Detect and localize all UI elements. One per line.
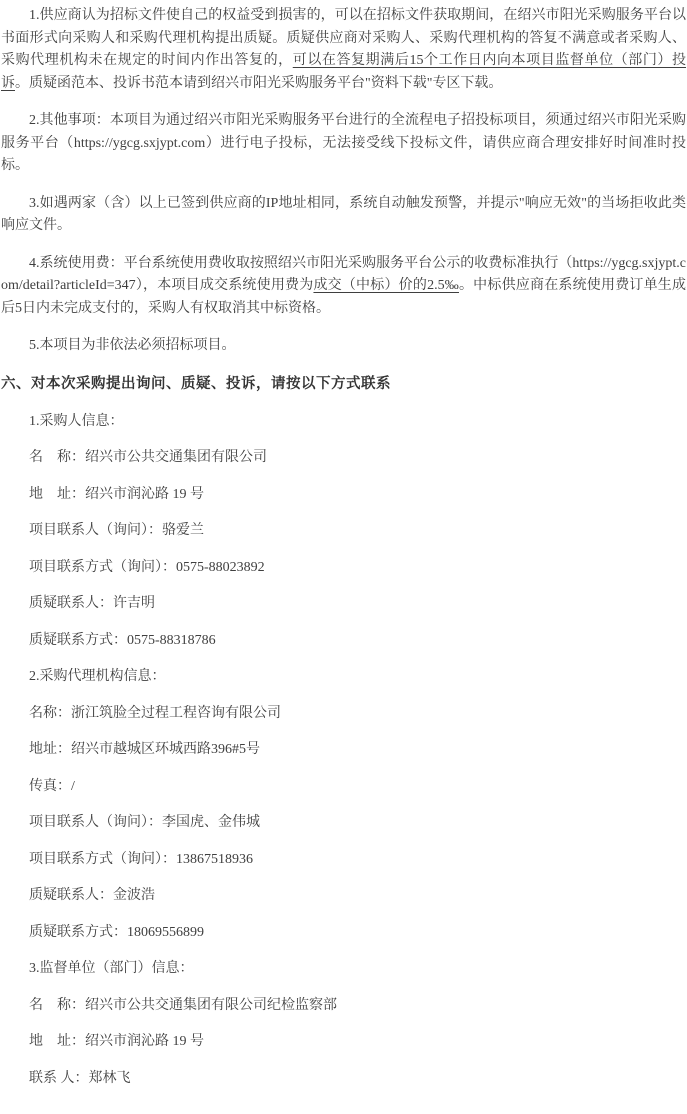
paragraph-1-text-tail: 。质疑函范本、投诉书范本请到绍兴市阳光采购服务平台"资料下载"专区下载。 — [15, 76, 502, 91]
document-page: 1.供应商认为招标文件使自己的权益受到损害的，可以在招标文件获取期间，在绍兴市阳… — [0, 0, 687, 1114]
agency-info-title: 2.采购代理机构信息： — [1, 666, 686, 688]
paragraph-system-fee: 4.系统使用费：平台系统使用费收取按照绍兴市阳光采购服务平台公示的收费标准执行（… — [1, 253, 686, 321]
agency-fax: 传真：/ — [1, 776, 686, 798]
purchaser-address: 地 址：绍兴市润沁路 19 号 — [1, 484, 686, 506]
paragraph-other-matters: 2.其他事项：本项目为通过绍兴市阳光采购服务平台进行的全流程电子招投标项目，须通… — [1, 110, 686, 178]
agency-name: 名称：浙江筑脸全过程工程咨询有限公司 — [1, 703, 686, 725]
agency-query-contact: 质疑联系人：金波浩 — [1, 885, 686, 907]
agency-project-contact: 项目联系人（询问）：李国虎、金伟城 — [1, 812, 686, 834]
purchaser-project-phone: 项目联系方式（询问）：0575-88023892 — [1, 557, 686, 579]
agency-project-phone: 项目联系方式（询问）：13867518936 — [1, 849, 686, 871]
purchaser-name: 名 称：绍兴市公共交通集团有限公司 — [1, 447, 686, 469]
purchaser-info-title: 1.采购人信息： — [1, 411, 686, 433]
supervisor-address: 地 址：绍兴市润沁路 19 号 — [1, 1031, 686, 1053]
supervisor-info-title: 3.监督单位（部门）信息： — [1, 958, 686, 980]
supervisor-contact: 联系 人：郑林飞 — [1, 1068, 686, 1090]
paragraph-4-underlined-fee-rate: 成交（中标）价的2.5‰ — [313, 278, 459, 293]
purchaser-query-contact: 质疑联系人：许吉明 — [1, 593, 686, 615]
paragraph-ip-warning: 3.如遇两家（含）以上已签到供应商的IP地址相同，系统自动触发预警，并提示"响应… — [1, 193, 686, 238]
supervisor-name: 名 称：绍兴市公共交通集团有限公司纪检监察部 — [1, 995, 686, 1017]
section-six-heading: 六、对本次采购提出询问、质疑、投诉，请按以下方式联系 — [1, 373, 686, 395]
paragraph-non-statutory: 5.本项目为非依法必须招标项目。 — [1, 335, 686, 358]
purchaser-project-contact: 项目联系人（询问）：骆爱兰 — [1, 520, 686, 542]
agency-address: 地址：绍兴市越城区环城西路396#5号 — [1, 739, 686, 761]
paragraph-supplier-challenge: 1.供应商认为招标文件使自己的权益受到损害的，可以在招标文件获取期间，在绍兴市阳… — [1, 5, 686, 95]
purchaser-query-phone: 质疑联系方式：0575-88318786 — [1, 630, 686, 652]
agency-query-phone: 质疑联系方式：18069556899 — [1, 922, 686, 944]
